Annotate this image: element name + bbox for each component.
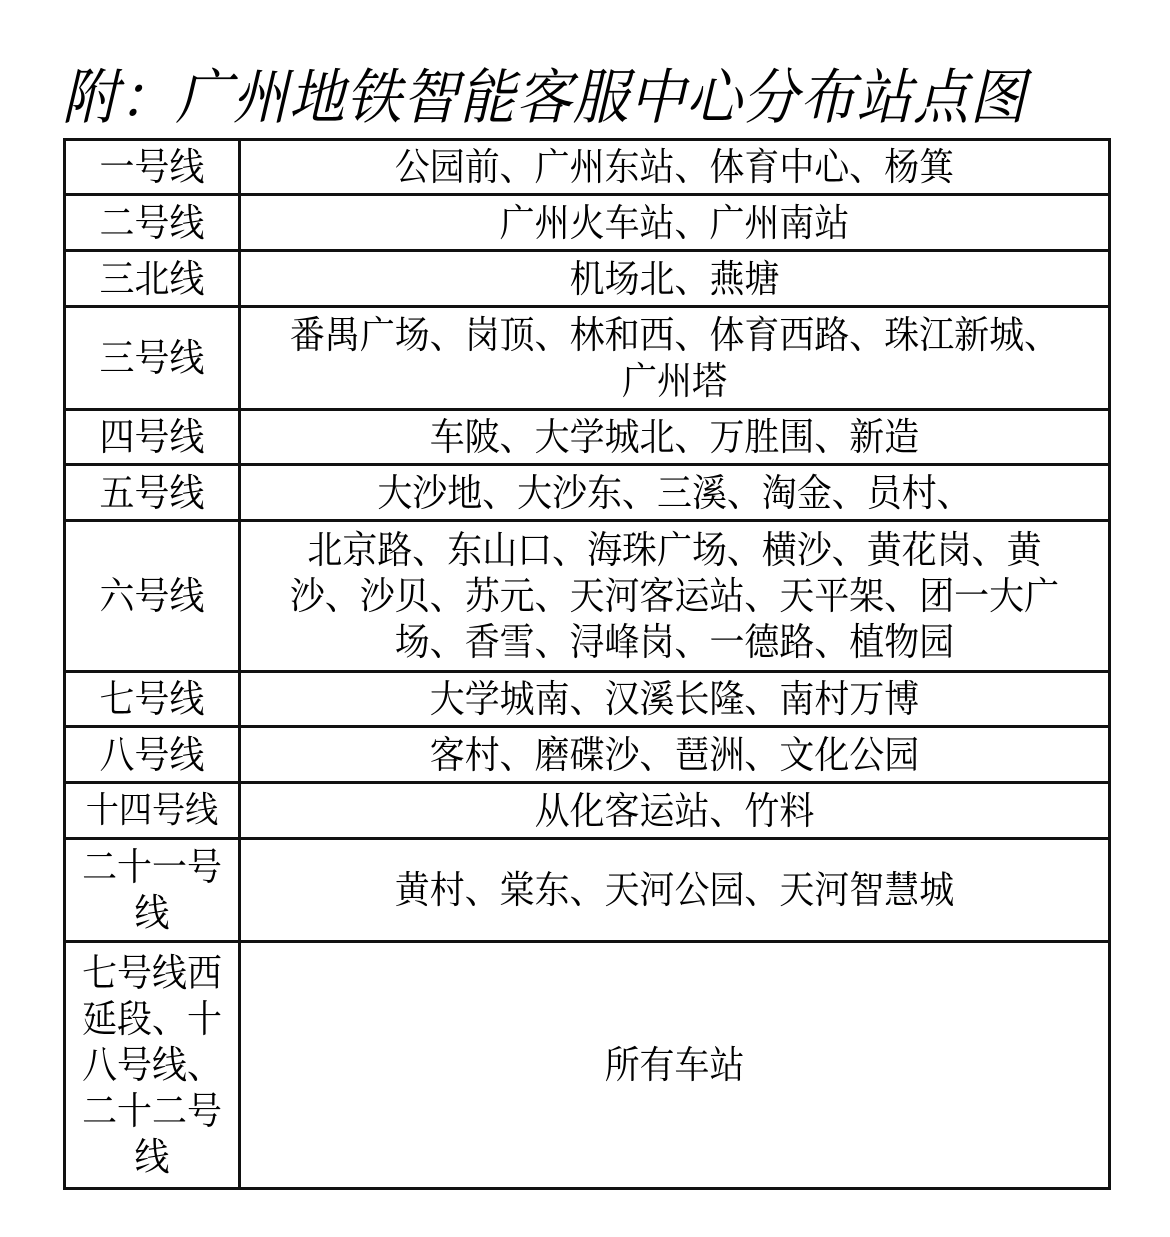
stations-cell: 番禺广场、岗顶、林和西、体育西路、珠江新城、广州塔	[240, 307, 1110, 410]
station-list: 北京路、东山口、海珠广场、横沙、黄花岗、黄沙、沙贝、苏元、天河客运站、天平架、团…	[287, 527, 1063, 665]
line-name-cell: 四号线	[65, 410, 240, 465]
table-row: 五号线 大沙地、大沙东、三溪、淘金、员村、	[65, 465, 1110, 521]
table-row: 七号线 大学城南、汉溪长隆、南村万博	[65, 672, 1110, 727]
station-list: 广州火车站、广州南站	[287, 200, 1063, 246]
line-name-cell: 一号线	[65, 140, 240, 195]
table-row: 七号线西延段、十八号线、二十二号线 所有车站	[65, 942, 1110, 1189]
line-name: 十四号线	[73, 788, 231, 834]
line-name: 二号线	[73, 200, 231, 246]
line-name-cell: 二号线	[65, 195, 240, 251]
table-row: 四号线 车陂、大学城北、万胜围、新造	[65, 410, 1110, 465]
station-list: 番禺广场、岗顶、林和西、体育西路、珠江新城、广州塔	[287, 312, 1063, 404]
line-name: 四号线	[73, 414, 231, 460]
stations-cell: 黄村、棠东、天河公园、天河智慧城	[240, 839, 1110, 942]
table-row: 八号线 客村、磨碟沙、琶洲、文化公园	[65, 727, 1110, 783]
table-row: 三北线 机场北、燕塘	[65, 251, 1110, 307]
line-name: 五号线	[73, 470, 231, 516]
line-name: 三北线	[73, 256, 231, 302]
station-table: 一号线 公园前、广州东站、体育中心、杨箕 二号线 广州火车站、广州南站 三北线 …	[63, 138, 1111, 1190]
stations-cell: 机场北、燕塘	[240, 251, 1110, 307]
table-row: 十四号线 从化客运站、竹料	[65, 783, 1110, 839]
table-row: 六号线 北京路、东山口、海珠广场、横沙、黄花岗、黄沙、沙贝、苏元、天河客运站、天…	[65, 521, 1110, 672]
stations-cell: 大学城南、汉溪长隆、南村万博	[240, 672, 1110, 727]
station-list: 客村、磨碟沙、琶洲、文化公园	[287, 732, 1063, 778]
stations-cell: 车陂、大学城北、万胜围、新造	[240, 410, 1110, 465]
line-name: 一号线	[73, 144, 231, 190]
station-list: 大沙地、大沙东、三溪、淘金、员村、	[287, 470, 1063, 516]
line-name-cell: 八号线	[65, 727, 240, 783]
line-name: 六号线	[73, 573, 231, 619]
line-name-cell: 二十一号线	[65, 839, 240, 942]
line-name-cell: 十四号线	[65, 783, 240, 839]
station-list: 黄村、棠东、天河公园、天河智慧城	[287, 867, 1063, 913]
table-row: 一号线 公园前、广州东站、体育中心、杨箕	[65, 140, 1110, 195]
table-row: 二号线 广州火车站、广州南站	[65, 195, 1110, 251]
station-list: 车陂、大学城北、万胜围、新造	[287, 414, 1063, 460]
line-name: 七号线	[73, 676, 231, 722]
line-name: 八号线	[73, 732, 231, 778]
line-name-cell: 三号线	[65, 307, 240, 410]
station-list: 公园前、广州东站、体育中心、杨箕	[287, 144, 1063, 190]
station-list: 从化客运站、竹料	[287, 788, 1063, 834]
stations-cell: 北京路、东山口、海珠广场、横沙、黄花岗、黄沙、沙贝、苏元、天河客运站、天平架、团…	[240, 521, 1110, 672]
stations-cell: 广州火车站、广州南站	[240, 195, 1110, 251]
line-name-cell: 七号线	[65, 672, 240, 727]
stations-cell: 从化客运站、竹料	[240, 783, 1110, 839]
stations-cell: 大沙地、大沙东、三溪、淘金、员村、	[240, 465, 1110, 521]
line-name-cell: 七号线西延段、十八号线、二十二号线	[65, 942, 240, 1189]
line-name: 二十一号线	[73, 844, 231, 936]
station-list: 所有车站	[287, 1042, 1063, 1088]
line-name: 七号线西延段、十八号线、二十二号线	[73, 950, 231, 1180]
line-name-cell: 三北线	[65, 251, 240, 307]
line-name-cell: 五号线	[65, 465, 240, 521]
table-row: 二十一号线 黄村、棠东、天河公园、天河智慧城	[65, 839, 1110, 942]
table-row: 三号线 番禺广场、岗顶、林和西、体育西路、珠江新城、广州塔	[65, 307, 1110, 410]
page-title: 附：广州地铁智能客服中心分布站点图	[62, 58, 1066, 138]
stations-cell: 客村、磨碟沙、琶洲、文化公园	[240, 727, 1110, 783]
station-list: 机场北、燕塘	[287, 256, 1063, 302]
station-list: 大学城南、汉溪长隆、南村万博	[287, 676, 1063, 722]
stations-cell: 公园前、广州东站、体育中心、杨箕	[240, 140, 1110, 195]
line-name: 三号线	[73, 335, 231, 381]
line-name-cell: 六号线	[65, 521, 240, 672]
stations-cell: 所有车站	[240, 942, 1110, 1189]
